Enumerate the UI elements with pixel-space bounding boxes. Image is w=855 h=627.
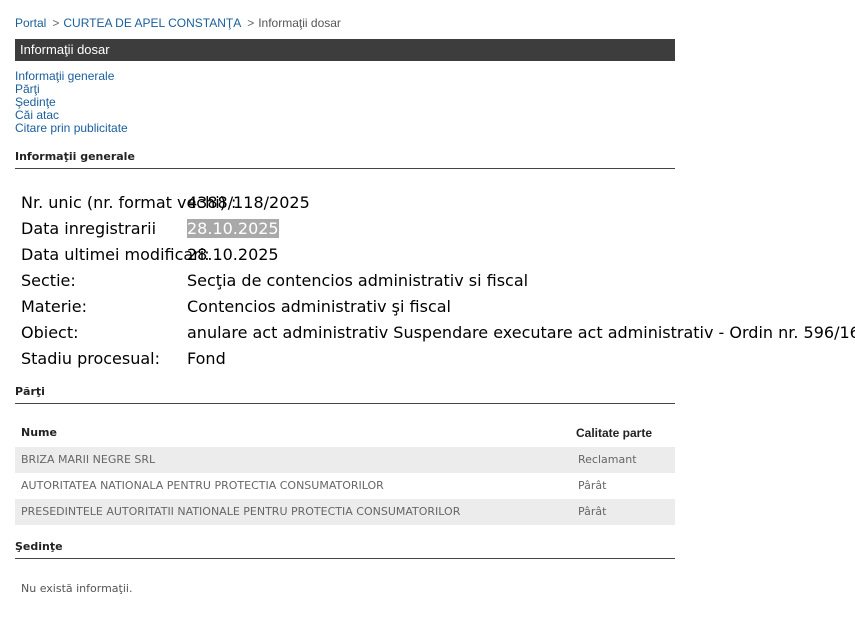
info-label: Materie: xyxy=(21,297,186,316)
party-role: Pârât xyxy=(578,473,606,499)
info-value: Fond xyxy=(187,349,226,368)
section-heading-hearings: Şedinţe xyxy=(15,540,675,559)
party-name: AUTORITATEA NATIONALA PENTRU PROTECTIA C… xyxy=(21,473,384,499)
party-name: BRIZA MARII NEGRE SRL xyxy=(21,447,155,473)
table-row: BRIZA MARII NEGRE SRL Reclamant xyxy=(15,447,675,473)
breadcrumb-separator: > xyxy=(247,16,254,30)
section-heading-text: Părţi xyxy=(15,385,45,399)
section-heading-parties: Părţi xyxy=(15,385,675,404)
party-name: PRESEDINTELE AUTORITATII NATIONALE PENTR… xyxy=(21,499,460,525)
breadcrumb-current: Informaţii dosar xyxy=(258,16,341,30)
table-row: PRESEDINTELE AUTORITATII NATIONALE PENTR… xyxy=(15,499,675,525)
info-value: Contencios administrativ şi fiscal xyxy=(187,297,451,316)
column-header-name: Nume xyxy=(21,420,57,446)
page-title-bar: Informaţii dosar xyxy=(15,39,675,61)
breadcrumb-separator: > xyxy=(52,16,59,30)
info-value: anulare act administrativ Suspendare exe… xyxy=(187,323,855,342)
info-value: Secţia de contencios administrativ si fi… xyxy=(187,271,528,290)
hearings-empty-message: Nu există informaţii. xyxy=(21,582,132,595)
info-value: 28.10.2025 xyxy=(187,245,279,264)
info-label: Data inregistrarii xyxy=(21,219,186,238)
table-row: AUTORITATEA NATIONALA PENTRU PROTECTIA C… xyxy=(15,473,675,499)
toc-link-public-summons[interactable]: Citare prin publicitate xyxy=(15,122,128,135)
party-role: Reclamant xyxy=(578,447,637,473)
column-header-role: Calitate parte xyxy=(576,420,652,446)
page-title: Informaţii dosar xyxy=(20,42,110,57)
info-label: Stadiu procesual: xyxy=(21,349,186,368)
section-heading-general-info: Informaţii generale xyxy=(15,150,675,169)
breadcrumb-court[interactable]: CURTEA DE APEL CONSTANŢA xyxy=(63,16,241,30)
section-navigation: Informaţii generale Părţi Şedinţe Căi at… xyxy=(15,70,128,135)
info-label: Data ultimei modificari: xyxy=(21,245,186,264)
info-label: Sectie: xyxy=(21,271,186,290)
breadcrumb-portal[interactable]: Portal xyxy=(15,16,46,30)
info-value-selected: 28.10.2025 xyxy=(187,219,279,238)
section-heading-text: Şedinţe xyxy=(15,540,63,554)
section-heading-text: Informaţii generale xyxy=(15,150,135,164)
info-value: 4388/118/2025 xyxy=(187,193,310,212)
party-role: Pârât xyxy=(578,499,606,525)
breadcrumb: Portal>CURTEA DE APEL CONSTANŢA>Informaţ… xyxy=(15,16,341,30)
info-label: Obiect: xyxy=(21,323,186,342)
info-label: Nr. unic (nr. format vechi) : xyxy=(21,193,186,212)
